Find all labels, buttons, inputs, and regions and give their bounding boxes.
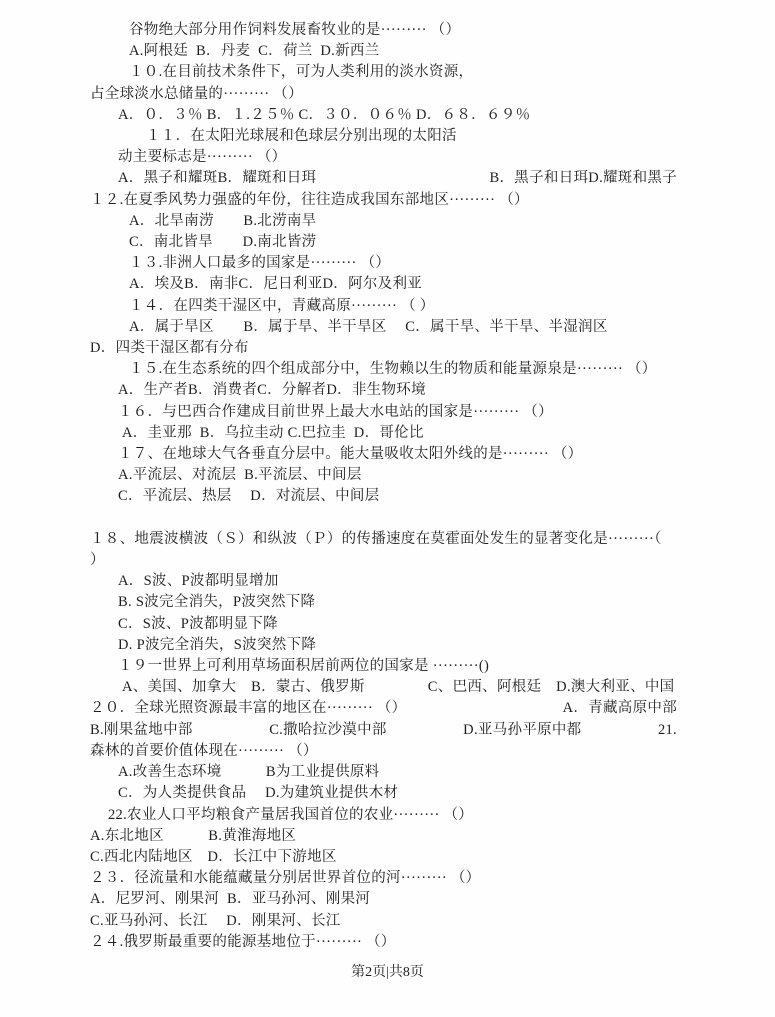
q13-options: A．埃及B．南非C．尼日利亚D．阿尔及利亚 xyxy=(90,274,677,295)
q12-options-cd: C．南北皆旱 D.南北皆涝 xyxy=(90,232,677,253)
exam-page: 谷物绝大部分用作饲料发展畜牧业的是········· （）A.阿根廷 B．丹麦 … xyxy=(0,0,775,1017)
q19-options: A、美国、加拿大 B．蒙古、俄罗斯 C、巴西、阿根廷 D.澳大利亚、中国 xyxy=(90,677,677,698)
q22-options-cd: C.西北内陆地区 D．长江中下游地区 xyxy=(90,847,677,868)
q14-option-d: D．四类干湿区都有分布 xyxy=(90,338,677,359)
q14-options-abc: A．属于旱区 B．属于旱、半干旱区 C．属干旱、半干旱、半湿润区 xyxy=(90,317,677,338)
q22-options-ab: A.东北地区 B.黄淮海地区 xyxy=(90,826,677,847)
q20-stem-and-option-a-segment: A．青藏高原中部 xyxy=(563,698,677,719)
q18-option-b: B. S波完全消失，P波突然下降 xyxy=(90,592,677,613)
q15-options: A．生产者B．消费者C．分解者D．非生物环境 xyxy=(90,380,677,401)
document-body: 谷物绝大部分用作饲料发展畜牧业的是········· （）A.阿根廷 B．丹麦 … xyxy=(90,20,677,953)
q18-option-d: D. P波完全消失，S波突然下降 xyxy=(90,635,677,656)
q09-stem-continued: 谷物绝大部分用作饲料发展畜牧业的是········· （） xyxy=(90,20,677,41)
q23-options-cd: C.亚马孙河、长江 D．刚果河、长江 xyxy=(90,911,677,932)
q17-options-cd: C．平流层、热层 D．对流层、中间层 xyxy=(90,486,677,507)
q11-stem-line2: 动主要标志是········· （） xyxy=(90,147,677,168)
q10-stem-line2: 占全球淡水总储量的········· （） xyxy=(90,84,677,105)
q20-options-bcd-q21-segment: C.撒哈拉沙漠中部 xyxy=(269,720,387,741)
q10-stem-line1: １０.在目前技术条件下，可为人类利用的淡水资源， xyxy=(90,62,677,83)
q17-stem: １７、在地球大气各垂直分层中。能大量吸收太阳外线的是········· （） xyxy=(90,444,677,465)
q19-stem: １９一世界上可利用草场面积居前两位的国家是 ·········() xyxy=(90,656,677,677)
q18-stem-line1: １８、地震波横波（Ｓ）和纵波（Ｐ）的传播速度在莫霍面处发生的显著变化是·····… xyxy=(90,529,677,550)
q18-option-c: C．S波、P波都明显下降 xyxy=(90,614,677,635)
q15-stem: １５.在生态系统的四个组成部分中，生物赖以生的物质和能量源泉是·········… xyxy=(90,359,677,380)
q23-options-ab: A．尼罗河、刚果河 B．亚马孙河、刚果河 xyxy=(90,889,677,910)
q11-options-segment: B．黑子和日珥D.耀斑和黑子 xyxy=(490,168,677,189)
q11-options-segment: A．黑子和耀斑B．耀斑和日珥 xyxy=(118,168,316,189)
q17-options-ab: A.平流层、对流层 B.平流层、中间层 xyxy=(90,465,677,486)
q18-stem-line2: ） xyxy=(90,550,677,571)
q23-stem: ２３．径流量和水能蕴藏量分别居世界首位的河········· （） xyxy=(90,868,677,889)
q11-stem-line1: １１．在太阳光球展和色球层分别出现的太阳活 xyxy=(90,126,677,147)
q10-options: A．０．３％ B．１.２５％ C．３０．０６％ D．６８．６９％ xyxy=(90,105,677,126)
q09-options: A.阿根廷 B．丹麦 C．荷兰 D.新西兰 xyxy=(90,41,677,62)
q11-options: A．黑子和耀斑B．耀斑和日珥B．黑子和日珥D.耀斑和黑子 xyxy=(90,168,677,189)
q21-options-ab: A.改善生态环境 B为工业提供原料 xyxy=(90,762,677,783)
q24-stem: ２４.俄罗斯最重要的能源基地位于········· （） xyxy=(90,932,677,953)
q12-options-ab: A．北旱南涝 B.北涝南旱 xyxy=(90,211,677,232)
q12-stem: １２.在夏季风势力强盛的年份，往往造成我国东部地区········· （） xyxy=(90,190,677,211)
q20-options-bcd-q21: B.刚果盆地中部C.撒哈拉沙漠中部D.亚马孙平原中都21. xyxy=(90,720,677,741)
page-number-footer: 第2页|共8页 xyxy=(0,961,775,981)
q21-stem: 森林的首要价值体现在········· （） xyxy=(90,741,677,762)
q20-options-bcd-q21-segment: 21. xyxy=(658,720,677,741)
q20-stem-and-option-a-segment: ２０．全球光照资源最丰富的地区在········· （） xyxy=(90,698,406,719)
q22-stem: 22.农业人口平均粮食产量居我国首位的农业········· （） xyxy=(80,805,677,826)
q16-options: A．圭亚那 B．乌拉圭动 C.巴拉圭 D．哥伦比 xyxy=(90,423,677,444)
q18-option-a: A．S波、P波都明显增加 xyxy=(90,571,677,592)
q20-options-bcd-q21-segment: D.亚马孙平原中都 xyxy=(463,720,581,741)
q16-stem: １６．与巴西合作建成目前世界上最大水电站的国家是········· （） xyxy=(90,402,677,423)
q20-options-bcd-q21-segment: B.刚果盆地中部 xyxy=(90,720,193,741)
blank-gap xyxy=(90,508,677,529)
q21-options-cd: C．为人类提供食品 D.为建筑业提供木材 xyxy=(90,783,677,804)
q20-stem-and-option-a: ２０．全球光照资源最丰富的地区在········· （）A．青藏高原中部 xyxy=(90,698,677,719)
q13-stem: １３.非洲人口最多的国家是········· （） xyxy=(90,253,677,274)
q14-stem: １４．在四类干湿区中，青藏高原········· （ ） xyxy=(90,296,677,317)
